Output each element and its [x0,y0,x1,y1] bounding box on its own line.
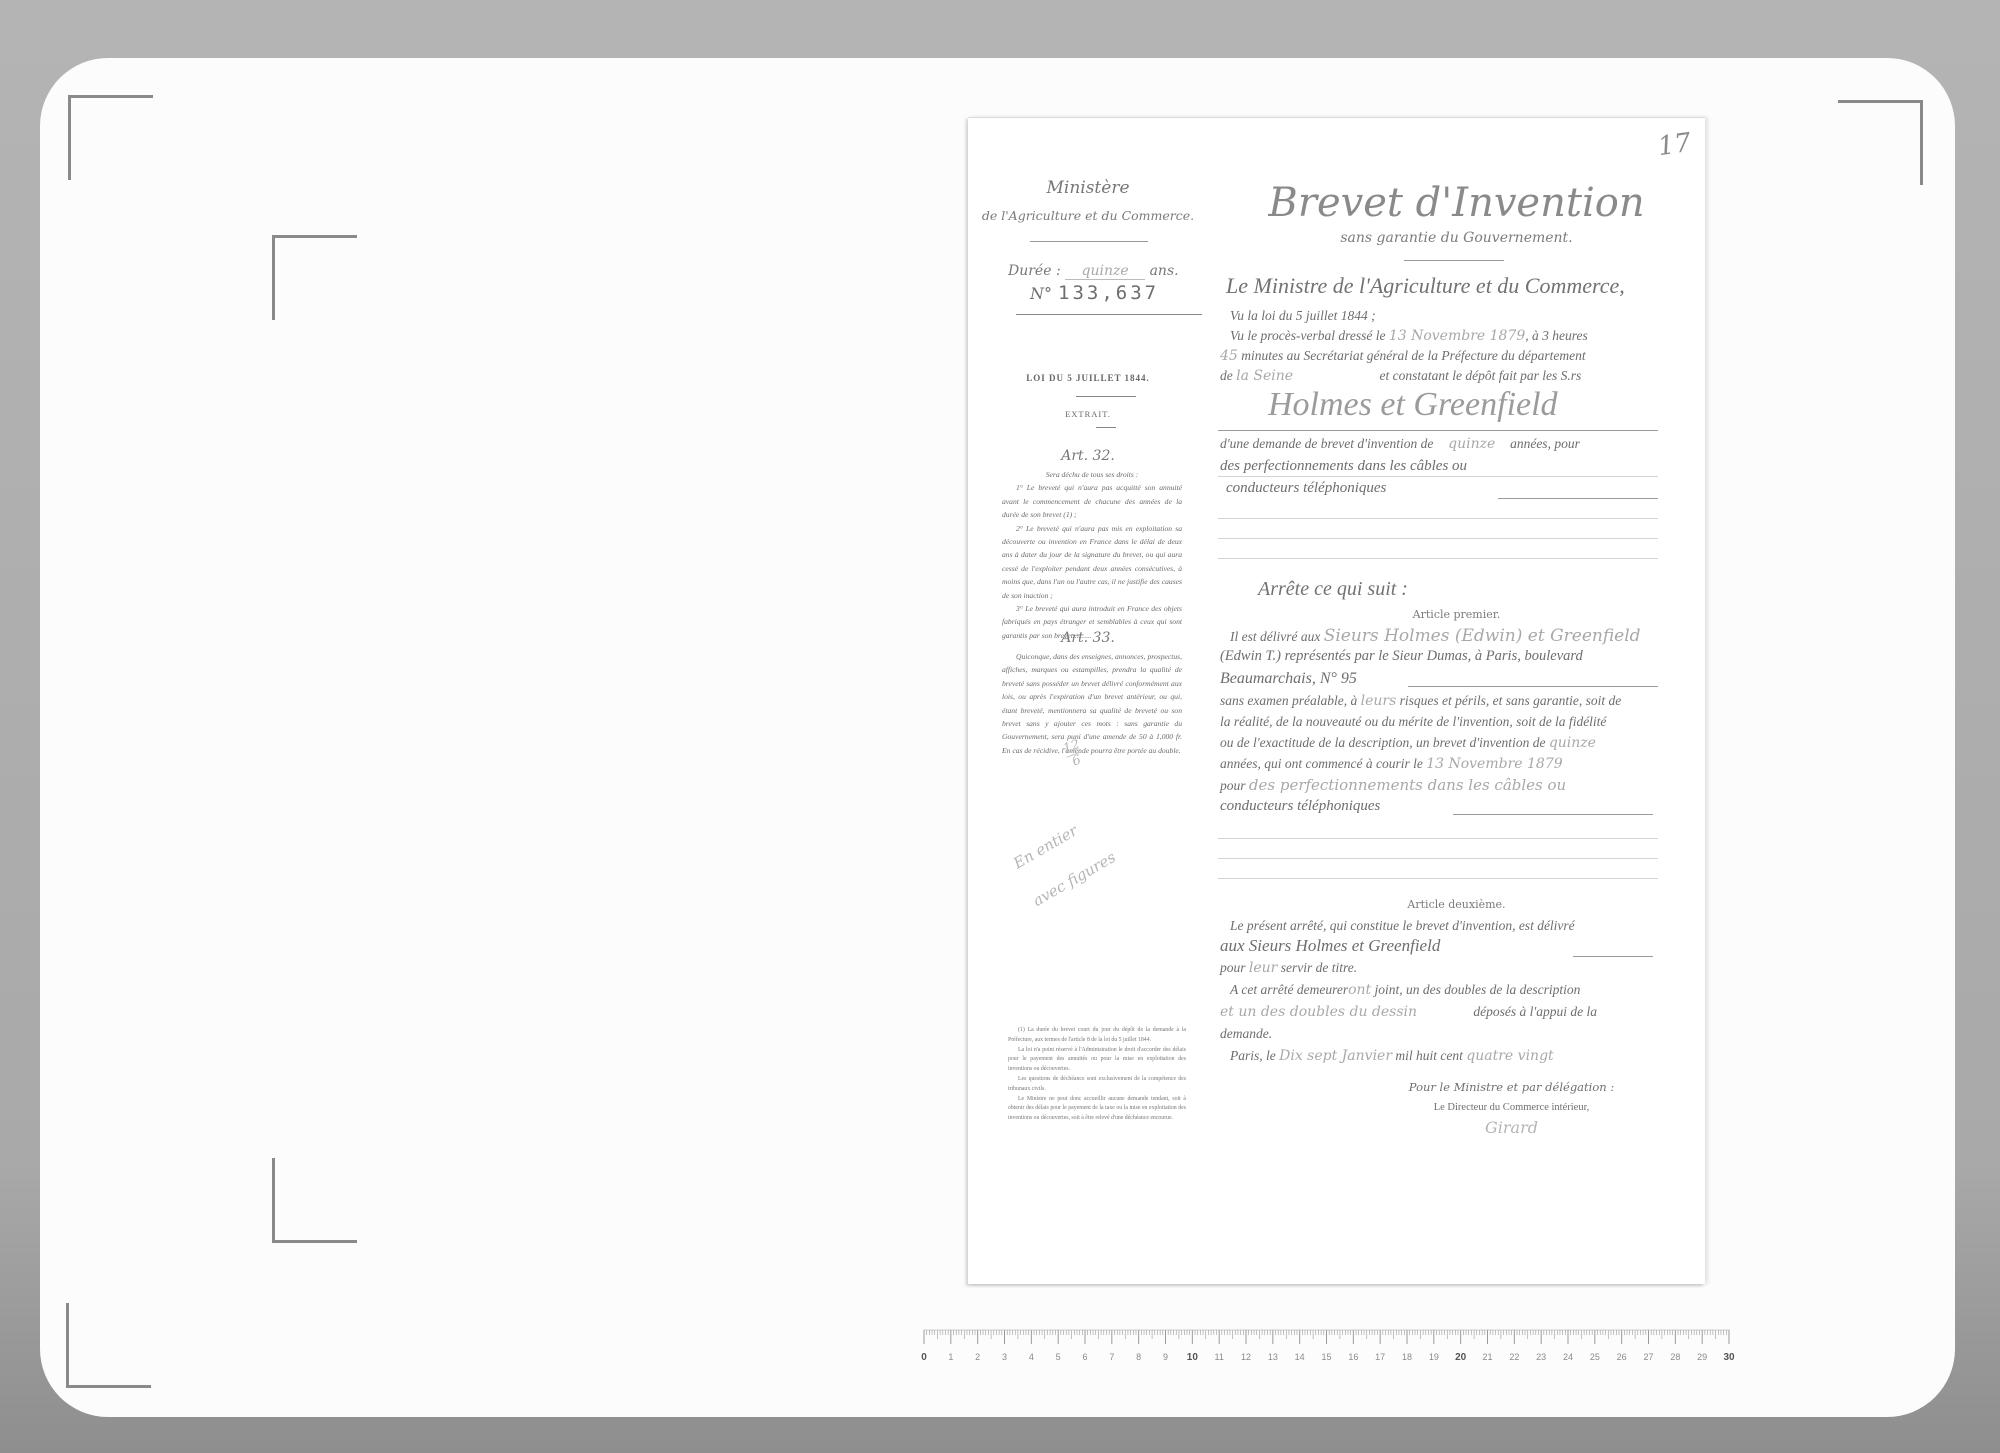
footnote-4: Le Ministre ne peut donc accueillir aucu… [1008,1095,1186,1124]
patent-number: N°133,637 [1030,282,1159,304]
preamble-demand: d'une demande de brevet d'invention de q… [1220,436,1650,452]
article-2-line-c: pour leur servir de titre. [1220,960,1650,976]
rule-line [1408,686,1658,687]
law-header: LOI DU 5 JUILLET 1844. [968,373,1208,383]
line-c-prefix: ou de l'exactitude de la description, un… [1220,735,1545,750]
article-32-intro: Sera déchu de tous ses droits : [1002,468,1182,481]
line-e-suffix: déposés à l'appui de la [1473,1004,1597,1019]
minutes-text: minutes au Secrétariat général de la Pré… [1241,348,1585,363]
preamble-pv: Vu le procès-verbal dressé le 13 Novembr… [1230,328,1660,344]
line-a-prefix: sans examen préalable, à [1220,693,1357,708]
ruler-label: 5 [1056,1352,1061,1362]
ruler-label: 2 [975,1352,980,1362]
page-number: 17 [1656,128,1693,162]
applicants-underline [1218,430,1658,431]
line-c-hand: quinze [1549,735,1596,751]
duration-field: Durée : quinze ans. [1008,263,1188,280]
demand-suffix: années, pour [1510,436,1580,451]
line-a-hand: leurs [1361,693,1397,709]
ruler-label: 25 [1590,1352,1600,1362]
law-divider [1076,396,1136,397]
ruler-label: 30 [1723,1352,1735,1363]
ruler-label: 13 [1268,1352,1278,1362]
applicant-names: Holmes et Greenfield [1268,386,1698,424]
footnotes: (1) La durée du brevet court du jour du … [1008,1026,1186,1124]
constatant-text: et constatant le dépôt fait par les S.rs [1380,368,1582,383]
preamble-department: de la Seine et constatant le dépôt fait … [1220,368,1650,384]
preamble-minutes: 45 minutes au Secrétariat général de la … [1220,348,1650,364]
crop-mark-inner-top-left [272,235,357,320]
ruler-label: 7 [1109,1352,1114,1362]
article-33-paragraph: Quiconque, dans des enseignes, annonces,… [1002,650,1182,757]
invention-line-1: des perfectionnements dans les câbles ou [1220,458,1650,475]
ruler-label: 14 [1295,1352,1305,1362]
duration-suffix: ans. [1150,263,1179,279]
rule-line [1218,476,1658,477]
article-2-line-d: A cet arrêté demeureront joint, un des d… [1230,982,1660,998]
ruler-label: 11 [1214,1352,1223,1362]
article-1-line-e: pour des perfectionnements dans les câbl… [1220,776,1650,794]
demand-years: quinze [1437,436,1507,452]
ministry-subtitle: de l'Agriculture et du Commerce. [968,208,1208,223]
margin-note-line-1: En entier [1010,822,1080,873]
ruler-label: 15 [1321,1352,1331,1362]
line-c-suffix: servir de titre. [1281,960,1357,975]
line-d-suffix: joint, un des doubles de la description [1375,982,1581,997]
measurement-ruler: 0123456789101112131415161718192021222324… [918,1328,1748,1368]
rule-line [1218,858,1658,859]
rule-line [1218,838,1658,839]
duration-value: quinze [1065,263,1145,280]
line-d-hand: 13 Novembre 1879 [1426,756,1562,772]
ruler-label: 26 [1617,1352,1627,1362]
ruler-label: 12 [1241,1352,1251,1362]
article-1-prefix: Il est délivré aux [1230,629,1320,644]
extract-label: EXTRAIT. [968,409,1208,419]
ruler-label: 23 [1536,1352,1546,1362]
duration-label: Durée : [1008,263,1061,279]
ruler-label: 3 [1002,1352,1007,1362]
ruler-label: 27 [1643,1352,1653,1362]
ruler-label: 6 [1082,1352,1087,1362]
article-1-line-b: la réalité, de la nouveauté ou du mérite… [1220,714,1650,730]
left-column: Ministère de l'Agriculture et du Commerc… [968,118,1208,1284]
ruler-label: 9 [1163,1352,1168,1362]
article-1-line-d: années, qui ont commencé à courir le 13 … [1220,756,1650,772]
article-1-holders: Il est délivré aux Sieurs Holmes (Edwin)… [1230,626,1660,646]
ruler-label: 18 [1402,1352,1412,1362]
rule-line [1453,814,1653,815]
signature-title: Le Directeur du Commerce intérieur, [1208,1102,1705,1113]
line-e-prefix: pour [1220,778,1246,793]
signature: Girard [1208,1118,1705,1137]
pv-prefix: Vu le procès-verbal dressé le [1230,328,1385,343]
patent-number-label: N° [1030,284,1052,303]
date-hand: Dix sept Janvier [1279,1048,1392,1064]
rule-line [1218,518,1658,519]
crop-mark-top-right [1838,100,1923,185]
signature-delegation: Pour le Ministre et par délégation : [1208,1080,1705,1094]
article-32-text: Sera déchu de tous ses droits : 1° Le br… [1002,468,1182,642]
footnote-3: Les questions de déchéance sont exclusiv… [1008,1075,1186,1095]
ruler-label: 17 [1375,1352,1385,1362]
line-c-prefix: pour [1220,960,1246,975]
preamble-law: Vu la loi du 5 juillet 1844 ; [1230,308,1660,324]
patent-document-page: 17 Ministère de l'Agriculture et du Comm… [968,117,1705,1284]
article-33-text: Quiconque, dans des enseignes, annonces,… [1002,650,1182,757]
crop-mark-inner-bottom-left [272,1158,357,1243]
article-1-line-a: sans examen préalable, à leurs risques e… [1220,693,1650,709]
line-d-hand: ont [1348,982,1371,998]
crop-mark-bottom-left [66,1303,151,1388]
demand-prefix: d'une demande de brevet d'invention de [1220,436,1433,451]
ruler-label: 28 [1670,1352,1680,1362]
ruler-label: 29 [1697,1352,1707,1362]
crop-mark-top-left [68,95,153,180]
article-32-heading: Art. 32. [968,448,1208,464]
ruler-label: 22 [1509,1352,1519,1362]
article-2-line-f: demande. [1220,1026,1650,1042]
issue-date-line: Paris, le Dix sept Janvier mil huit cent… [1230,1048,1660,1064]
document-subtitle: sans garantie du Gouvernement. [1208,230,1705,246]
rule-line [1498,498,1658,499]
extract-divider [1096,427,1116,428]
department-value: la Seine [1236,368,1376,384]
ruler-label: 4 [1029,1352,1034,1362]
invention-line-2: conducteurs téléphoniques [1226,480,1656,497]
date-year-hand: quatre vingt [1466,1048,1553,1064]
line-e-hand: des perfectionnements dans les câbles ou [1249,776,1566,794]
line-a-suffix: risques et périls, et sans garantie, soi… [1400,693,1622,708]
pv-hour: , à 3 heures [1525,328,1588,343]
patent-number-value: 133,637 [1058,282,1159,304]
pv-date: 13 Novembre 1879 [1389,328,1525,344]
date-prefix: Paris, le [1230,1048,1276,1063]
minister-line: Le Ministre de l'Agriculture et du Comme… [1226,273,1656,299]
line-e-hand: et un des doubles du dessin [1220,1004,1470,1020]
article-1-heading: Article premier. [1208,608,1705,621]
article-2-heading: Article deuxième. [1208,898,1705,911]
ruler-label: 1 [948,1352,953,1362]
minutes-value: 45 [1220,348,1238,364]
rule-line [1218,538,1658,539]
article-32-item-1: 1° Le breveté qui n'aura pas acquitté so… [1002,481,1182,521]
title-ornament [1404,260,1504,261]
article-1-line-f: conducteurs téléphoniques [1220,798,1650,815]
footnote-2: La loi n'a point réservé à l'Administrat… [1008,1046,1186,1075]
header-divider [1016,314,1202,315]
rule-line [1218,878,1658,879]
ruler-label: 0 [921,1352,927,1363]
footnote-1: (1) La durée du brevet court du jour du … [1008,1026,1186,1046]
line-c-hand: leur [1249,960,1277,976]
ministry-title: Ministère [968,178,1208,198]
article-1-line-c: ou de l'exactitude de la description, un… [1220,735,1650,751]
article-2-line-e: et un des doubles du dessin déposés à l'… [1220,1004,1650,1020]
ornament-divider [1030,241,1148,242]
document-title: Brevet d'Invention [1208,180,1705,226]
article-33-heading: Art. 33. [968,630,1208,646]
article-2-line-a: Le présent arrêté, qui constitue le brev… [1230,918,1660,934]
ruler-label: 24 [1563,1352,1573,1362]
department-prefix: de [1220,368,1233,383]
arrete-heading: Arrête ce qui suit : [1258,578,1688,601]
rule-line [1218,558,1658,559]
ruler-label: 10 [1187,1352,1199,1363]
ruler-label: 20 [1455,1352,1467,1363]
ruler-label: 21 [1482,1352,1492,1362]
ruler-label: 19 [1429,1352,1439,1362]
ruler-label: 16 [1348,1352,1358,1362]
line-d-prefix: A cet arrêté demeurer [1230,982,1348,997]
holders-line-1: Sieurs Holmes (Edwin) et Greenfield [1324,626,1641,646]
date-mid: mil huit cent [1395,1048,1463,1063]
ruler-scale: 0123456789101112131415161718192021222324… [918,1328,1748,1368]
article-2-line-b: aux Sieurs Holmes et Greenfield [1220,936,1650,956]
line-d-prefix: années, qui ont commencé à courir le [1220,756,1423,771]
ruler-label: 8 [1136,1352,1141,1362]
article-32-item-2: 2° Le breveté qui n'aura pas mis en expl… [1002,522,1182,602]
rule-line [1573,956,1653,957]
holders-line-2: (Edwin T.) représentés par le Sieur Duma… [1220,648,1650,665]
